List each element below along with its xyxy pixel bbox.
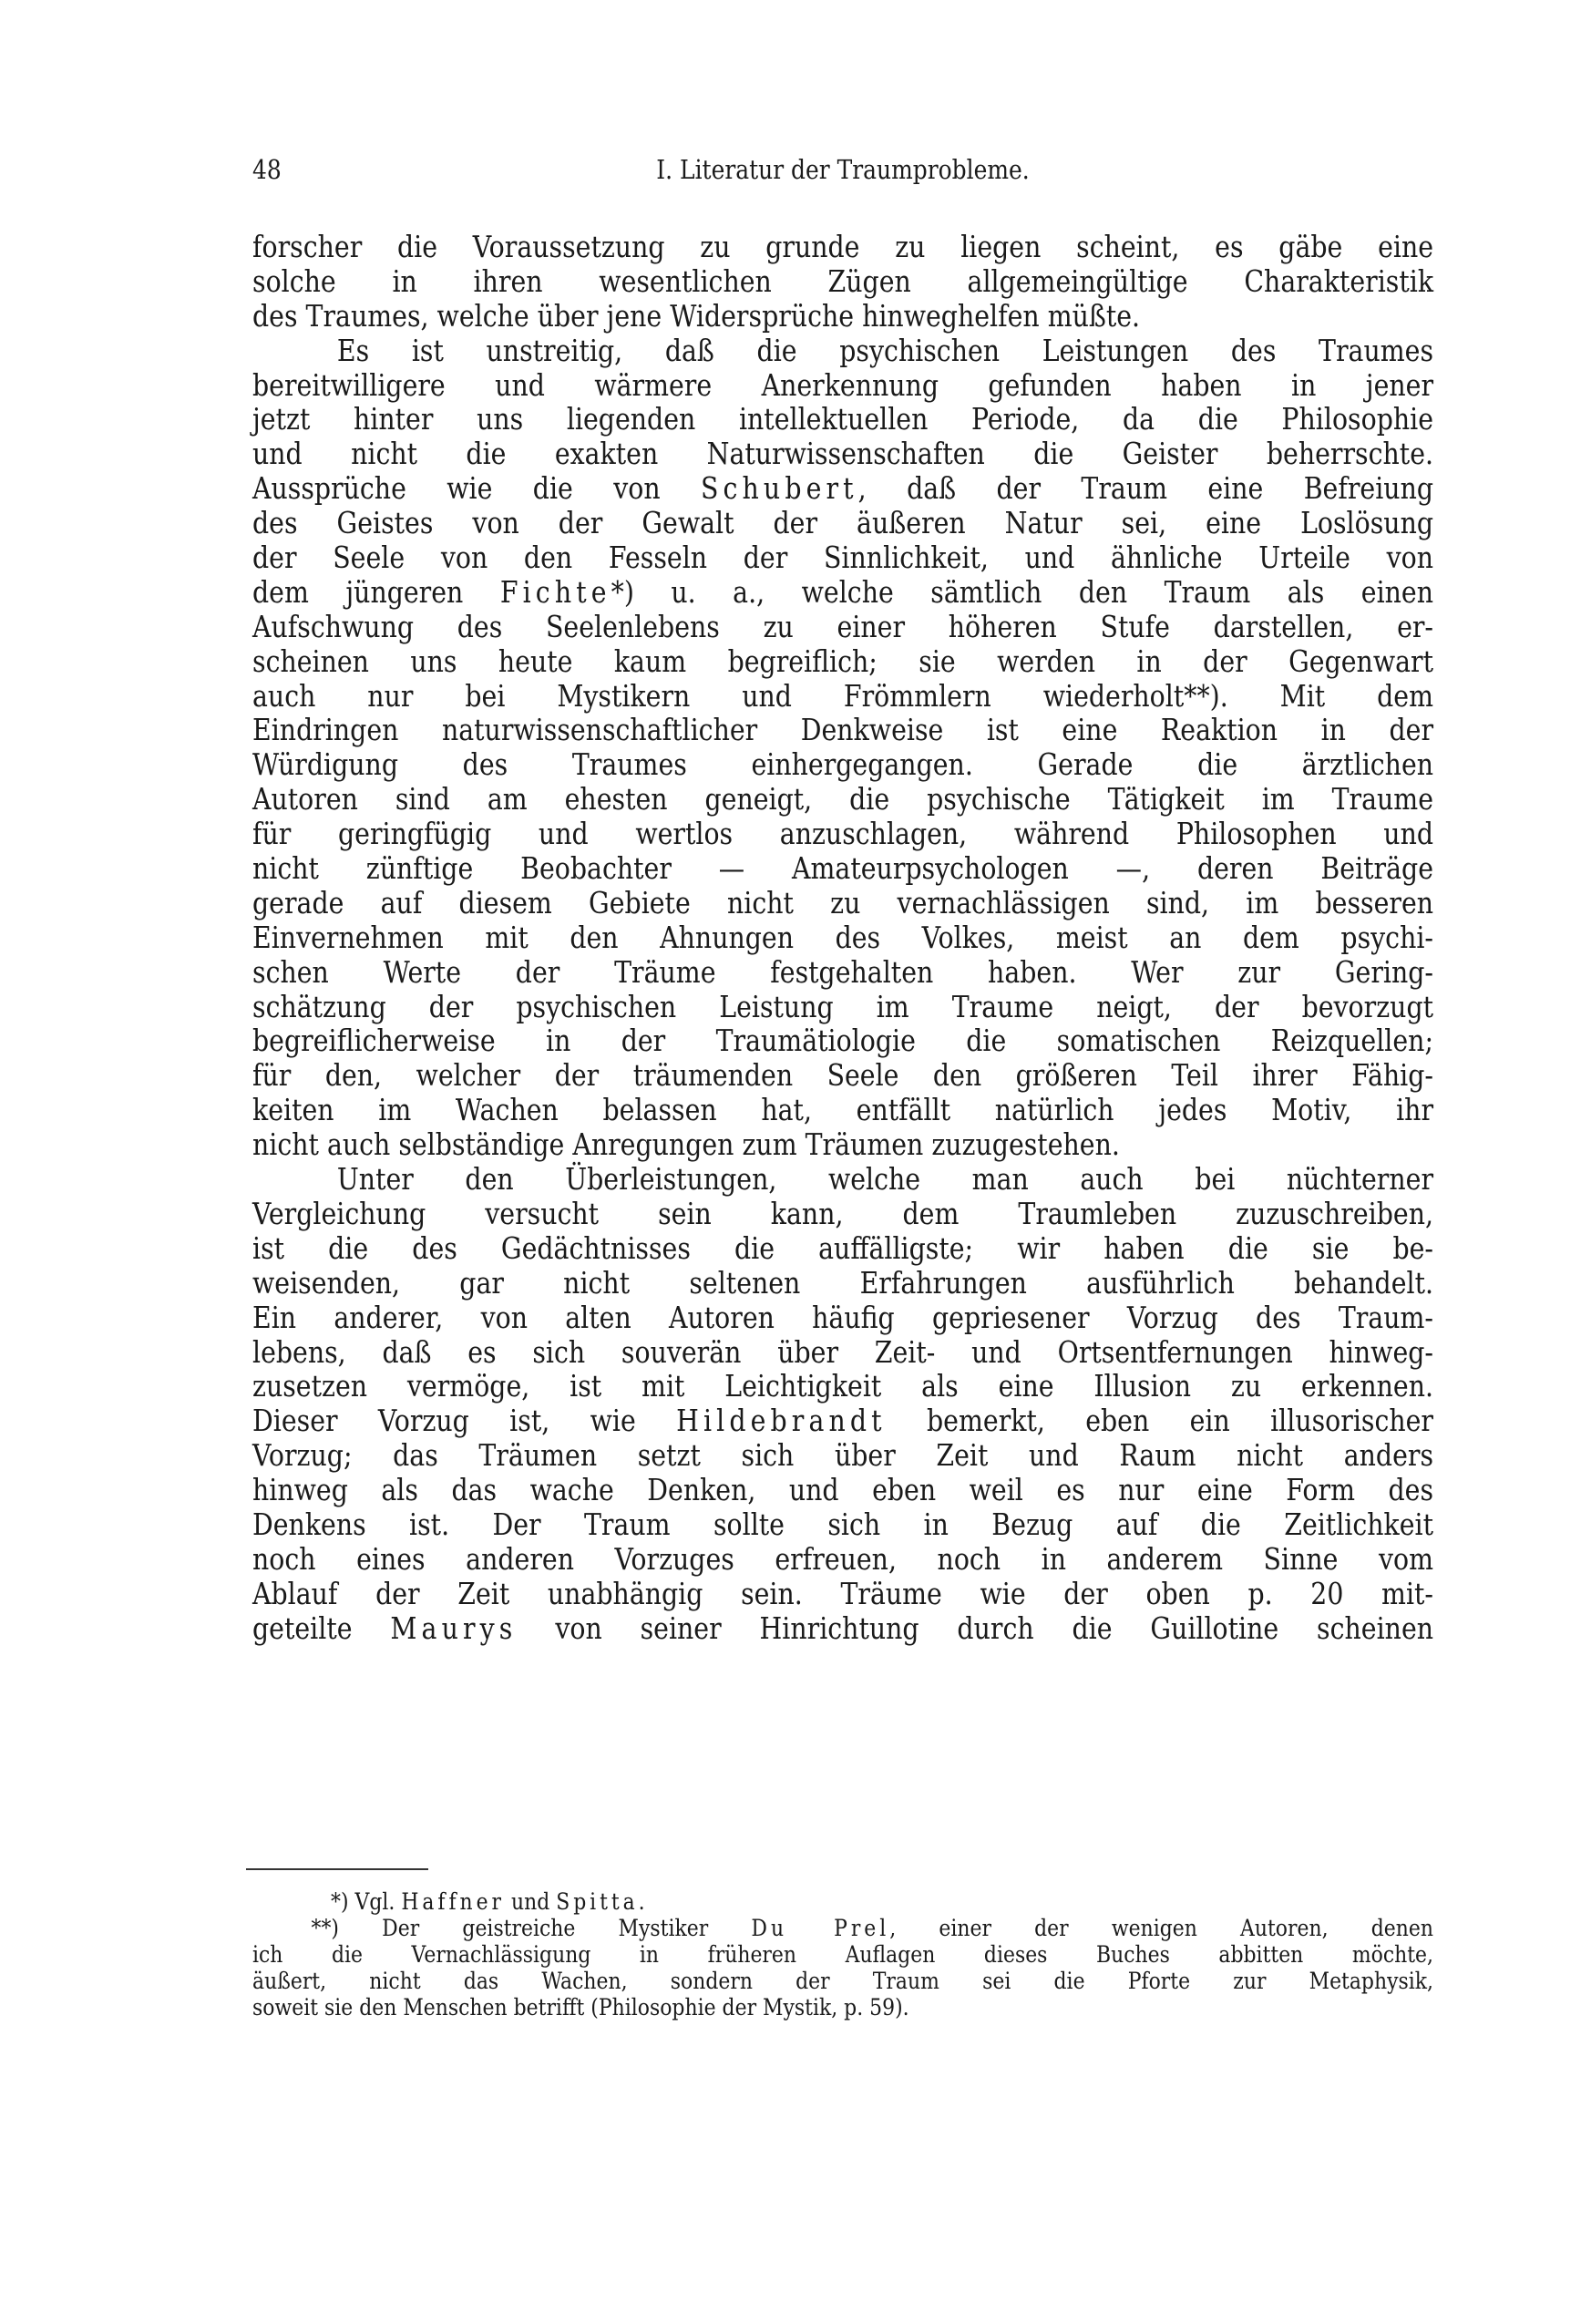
text-line: Es ist unstreitig, daß die psychischen L… <box>252 334 1433 368</box>
text-line: Einvernehmen mit den Ahnungen des Volkes… <box>252 920 1433 955</box>
text-run: , einer der wenigen Autoren, denen <box>889 1915 1433 1942</box>
text-line: des Traumes, welche über jene Widersprüc… <box>252 299 1433 334</box>
text-line: scheinen uns heute kaum begreiflich; sie… <box>252 644 1433 679</box>
text-line: lebens, daß es sich souverän über Zeit- … <box>252 1335 1433 1370</box>
text-run: **) Der geistreiche Mystiker <box>312 1915 752 1942</box>
text-line: auch nur bei Mystikern und Frömmlern wie… <box>252 679 1433 714</box>
body-text: forscher die Voraussetzung zu grunde zu … <box>252 230 1433 1646</box>
text-line: nicht auch selbständige Anregungen zum T… <box>252 1127 1433 1162</box>
text-line: Vergleichung versucht sein kann, dem Tra… <box>252 1197 1433 1231</box>
text-line: noch eines anderen Vorzuges erfreuen, no… <box>252 1542 1433 1577</box>
spaced-name: Hildebrandt <box>676 1403 887 1438</box>
text-line: bereitwilligere und wärmere Anerkennung … <box>252 368 1433 403</box>
spaced-name: Haffner <box>401 1888 505 1916</box>
text-line: Aussprüche wie die von Schubert, daß der… <box>252 471 1433 506</box>
text-line: forscher die Voraussetzung zu grunde zu … <box>252 230 1433 264</box>
footnote-line: *) Vgl. Haffner und Spitta. <box>252 1889 1433 1916</box>
footnote-line: **) Der geistreiche Mystiker Du Prel, ei… <box>252 1916 1433 1942</box>
text-run: Dieser Vorzug ist, wie <box>252 1403 676 1438</box>
text-run: dem jüngeren <box>252 574 500 610</box>
text-line: keiten im Wachen belassen hat, entfällt … <box>252 1093 1433 1127</box>
text-line: der Seele von den Fesseln der Sinnlichke… <box>252 540 1433 575</box>
text-line: geteilte Maurys von seiner Hinrichtung d… <box>252 1611 1433 1646</box>
text-run: geteilte <box>252 1610 390 1646</box>
text-line: Vorzug; das Träumen setzt sich über Zeit… <box>252 1438 1433 1473</box>
text-line: schen Werte der Träume festgehalten habe… <box>252 955 1433 990</box>
text-line: solche in ihren wesentlichen Zügen allge… <box>252 264 1433 299</box>
book-page: 48 I. Literatur der Traumprobleme. forsc… <box>0 0 1591 2324</box>
spaced-name: Spitta <box>556 1888 638 1916</box>
text-line: Unter den Überleistungen, welche man auc… <box>252 1162 1433 1197</box>
spaced-name: Maurys <box>390 1610 517 1646</box>
text-line: Autoren sind am ehesten geneigt, die psy… <box>252 782 1433 817</box>
text-line: dem jüngeren Fichte*) u. a., welche sämt… <box>252 575 1433 610</box>
running-head: 48 I. Literatur der Traumprobleme. <box>252 151 1433 188</box>
text-line: hinweg als das wache Denken, und eben we… <box>252 1473 1433 1507</box>
text-line: schätzung der psychischen Leistung im Tr… <box>252 990 1433 1024</box>
spaced-name: Schubert <box>701 470 858 506</box>
text-line: Denkens ist. Der Traum sollte sich in Be… <box>252 1507 1433 1542</box>
text-line: Aufschwung des Seelenlebens zu einer höh… <box>252 610 1433 644</box>
text-run: *) Vgl. <box>331 1888 401 1916</box>
text-line: begreiflicherweise in der Traumätiologie… <box>252 1023 1433 1058</box>
spaced-name: Fichte <box>500 574 611 610</box>
text-run: und <box>505 1888 556 1916</box>
running-title: I. Literatur der Traumprobleme. <box>252 151 1433 188</box>
text-line: und nicht die exakten Naturwissenschafte… <box>252 437 1433 471</box>
text-run: , daß der Traum eine Befreiung <box>858 470 1433 506</box>
text-line: nicht zünftige Beobachter — Amateurpsych… <box>252 851 1433 886</box>
footnote-line: ich die Vernachlässigung in früheren Auf… <box>252 1942 1433 1969</box>
text-line: jetzt hinter uns liegenden intellektuell… <box>252 402 1433 437</box>
text-line: des Geistes von der Gewalt der äußeren N… <box>252 506 1433 540</box>
footnote-line: äußert, nicht das Wachen, sondern der Tr… <box>252 1969 1433 1995</box>
footnotes: *) Vgl. Haffner und Spitta.**) Der geist… <box>252 1889 1433 2021</box>
text-run: *) u. a., welche sämtlich den Traum als … <box>611 574 1433 610</box>
footnote-line: soweit sie den Menschen betrifft (Philos… <box>252 1995 1433 2021</box>
text-line: weisenden, gar nicht seltenen Erfahrunge… <box>252 1266 1433 1301</box>
text-line: Ablauf der Zeit unabhängig sein. Träume … <box>252 1577 1433 1611</box>
text-run: Aussprüche wie die von <box>252 470 701 506</box>
spaced-name: Du Prel <box>751 1915 889 1942</box>
text-line: Eindringen naturwissenschaftlicher Denkw… <box>252 713 1433 747</box>
text-run: von seiner Hinrichtung durch die Guillot… <box>517 1610 1433 1646</box>
text-run: . <box>639 1888 645 1916</box>
text-line: Dieser Vorzug ist, wie Hildebrandt bemer… <box>252 1404 1433 1438</box>
text-line: Ein anderer, von alten Autoren häufig ge… <box>252 1301 1433 1335</box>
text-line: zusetzen vermöge, ist mit Leichtigkeit a… <box>252 1369 1433 1404</box>
text-line: ist die des Gedächtnisses die auffälligs… <box>252 1231 1433 1266</box>
text-line: für den, welcher der träumenden Seele de… <box>252 1058 1433 1093</box>
text-line: für geringfügig und wertlos anzuschlagen… <box>252 817 1433 851</box>
text-run: bemerkt, eben ein illusorischer <box>887 1403 1433 1438</box>
text-line: Würdigung des Traumes einhergegangen. Ge… <box>252 747 1433 782</box>
text-line: gerade auf diesem Gebiete nicht zu verna… <box>252 886 1433 920</box>
footnote-rule <box>246 1868 428 1870</box>
